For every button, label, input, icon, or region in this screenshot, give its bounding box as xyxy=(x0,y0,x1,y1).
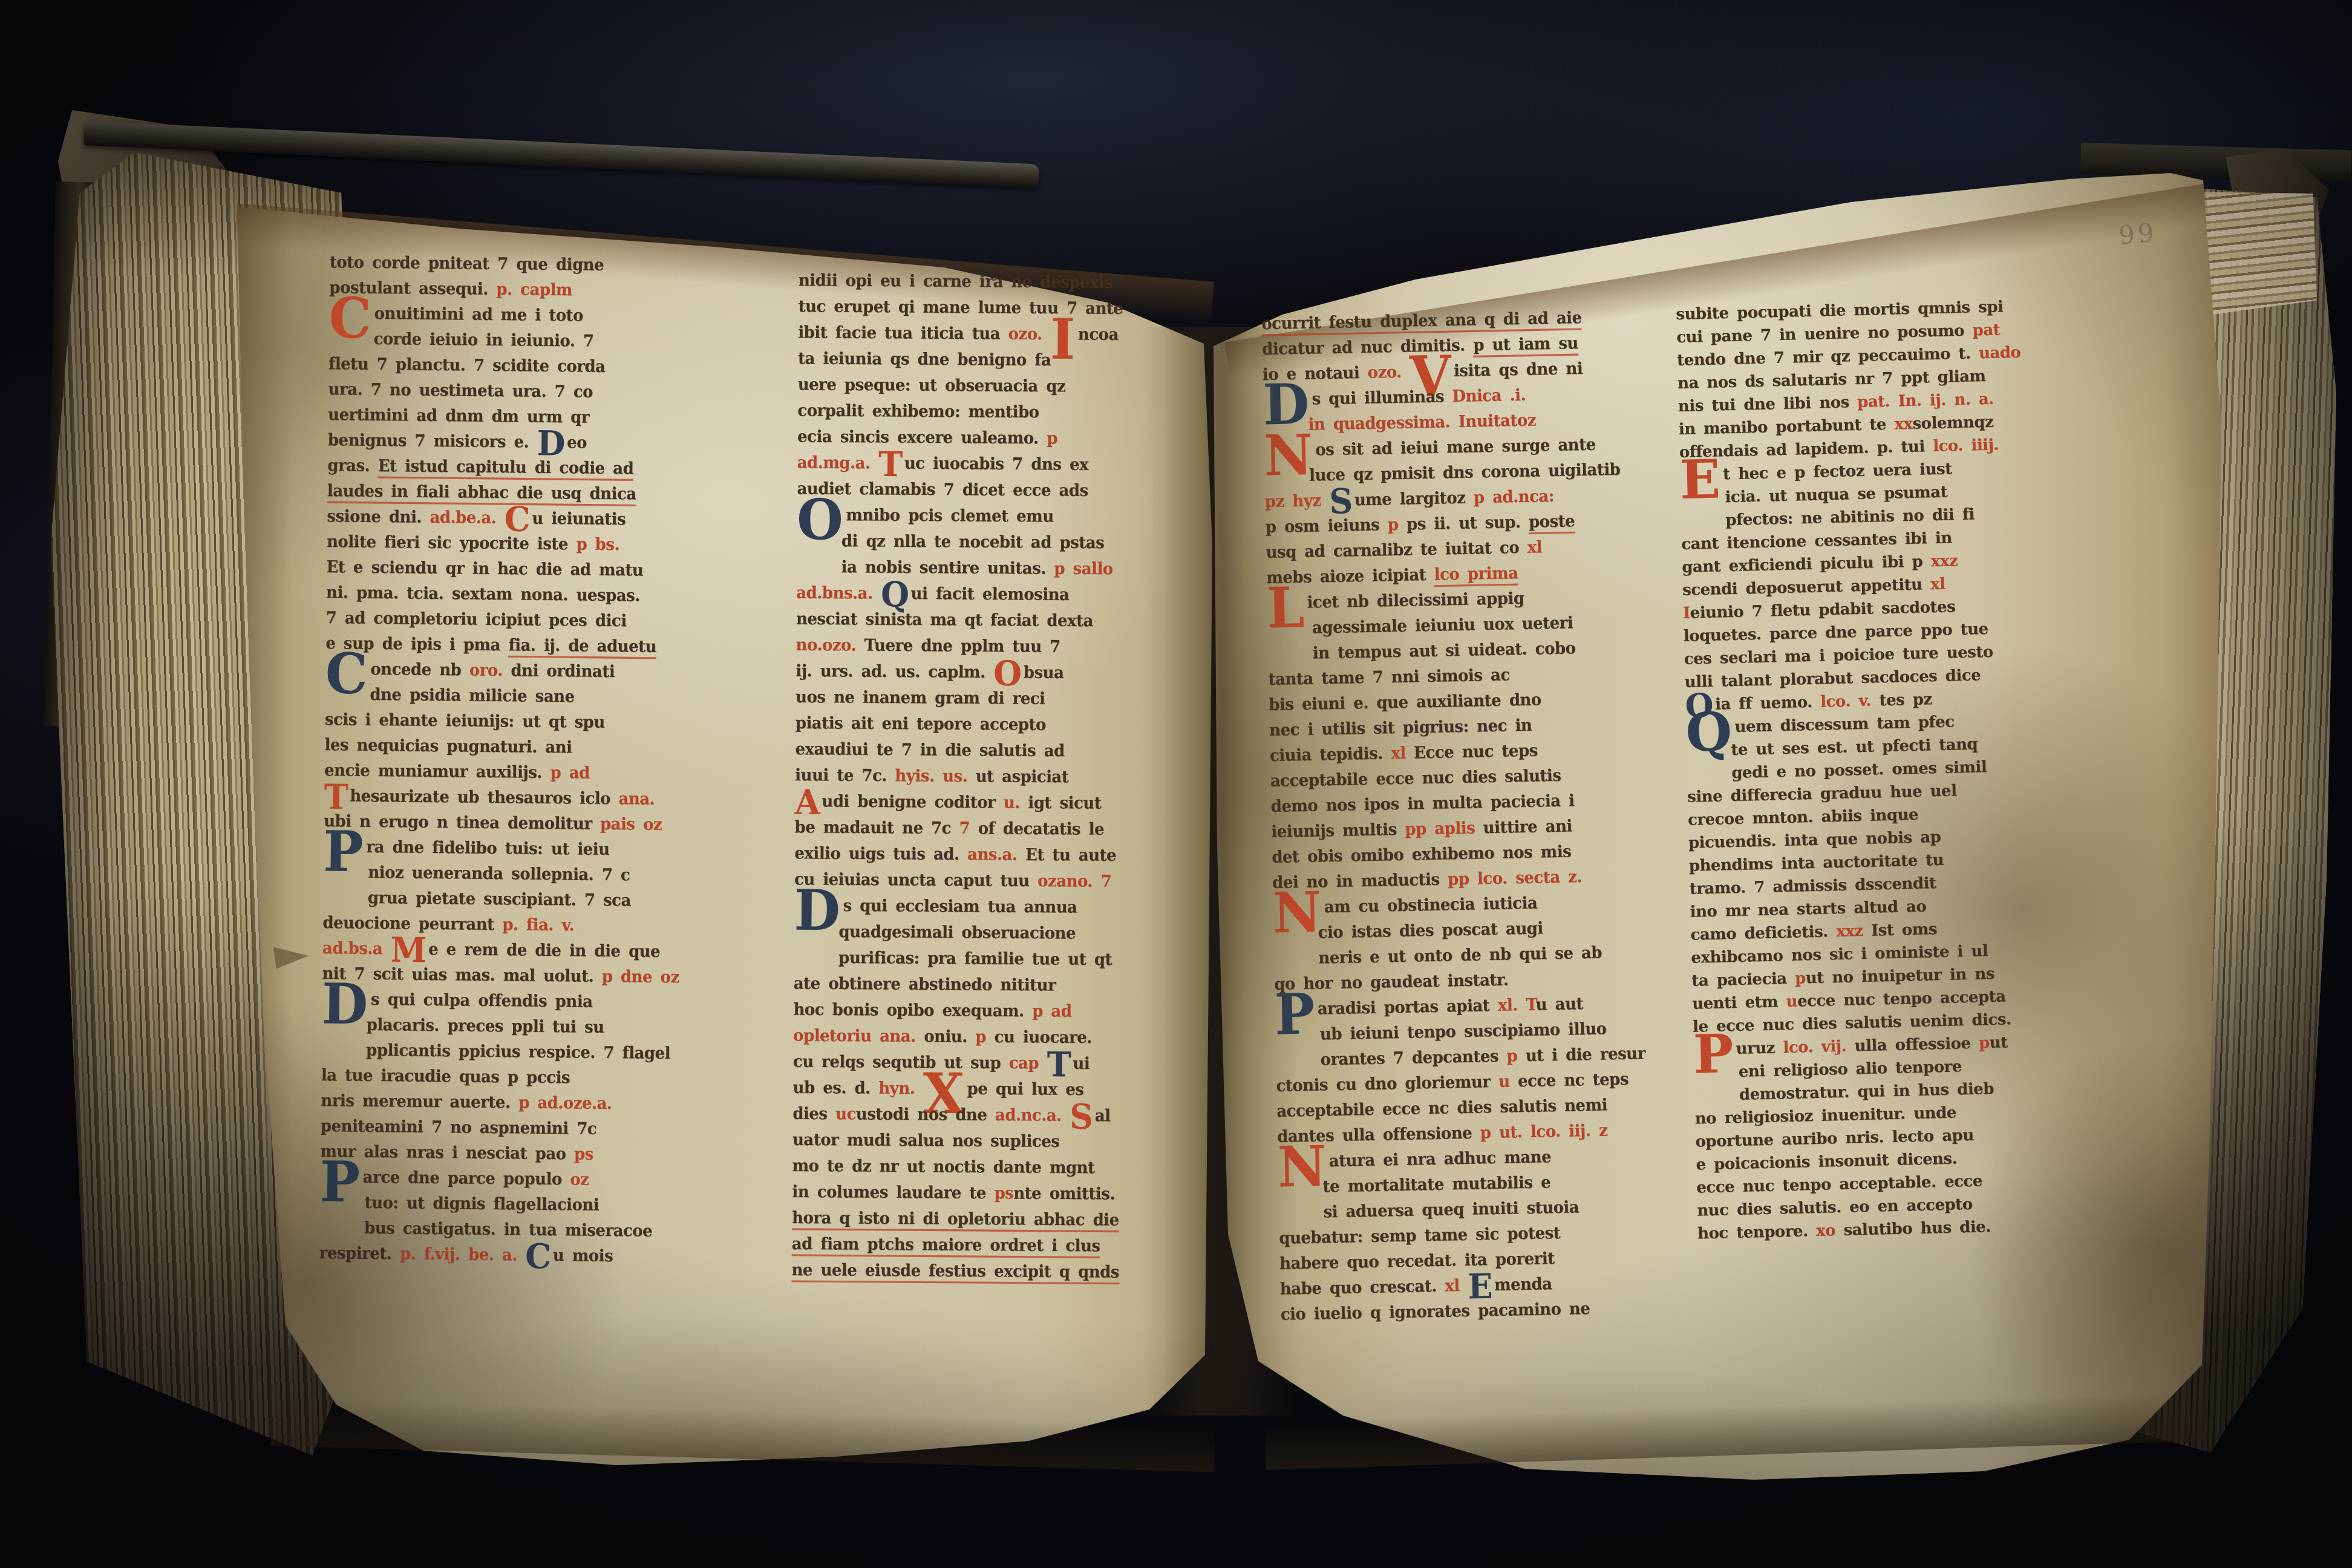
text-segment: pp lco. secta z. xyxy=(1448,867,1582,889)
manuscript-photo: toto corde pniteat 7 que dignepostulant … xyxy=(0,0,2352,1568)
text-segment: eo xyxy=(567,433,587,452)
text-segment: pp aplis xyxy=(1405,818,1483,839)
text-segment: cio istas dies poscat augi xyxy=(1318,919,1543,942)
text-segment: arce dne parce populo xyxy=(363,1168,570,1189)
text-line: uator mudi salua nos suplices xyxy=(792,1131,1216,1160)
text-segment: igt sicut xyxy=(1028,794,1101,813)
text-segment: s qui culpa offendis pnia xyxy=(371,990,593,1011)
text-segment: grua pietate suscipiant. 7 sca xyxy=(368,889,631,910)
text-segment: oro. xyxy=(469,661,511,680)
text-segment: pat. In. ij. n. a. xyxy=(1857,390,1994,411)
text-line: dies ucustodi nos dne ad.nc.a. Sal xyxy=(792,1105,1216,1134)
text-segment: p ad.nca: xyxy=(1474,487,1555,508)
illuminated-initial: C xyxy=(504,498,530,540)
text-segment: p. fia. v. xyxy=(502,915,574,935)
text-segment: u mois xyxy=(553,1246,613,1266)
text-segment xyxy=(325,699,370,700)
text-line: ia nobis sentire unitas. p sallo xyxy=(796,558,1220,587)
text-segment: gras. xyxy=(327,456,378,475)
text-segment: xo xyxy=(1816,1221,1844,1240)
text-segment: ncoa xyxy=(1078,325,1119,344)
text-segment: habe quo crescat. xyxy=(1280,1276,1445,1299)
text-segment: respiret. xyxy=(319,1244,400,1264)
text-segment: si aduersa queq inuiti stuoia xyxy=(1323,1198,1579,1222)
text-segment: fia. ij. de aduetu xyxy=(508,636,656,659)
text-line: tuc erupet qi mane lume tuu 7 ante xyxy=(798,297,1221,326)
text-segment: p ad.oze.a. xyxy=(518,1093,612,1113)
folio-number: 99 xyxy=(2117,217,2158,250)
text-segment: te mortalitate mutabilis e xyxy=(1322,1173,1550,1197)
text-segment: nte omittis. xyxy=(1013,1184,1115,1204)
text-segment: s qui ecclesiam tua annua xyxy=(843,897,1077,917)
text-segment: no.ozo. xyxy=(796,636,864,655)
text-segment: xl xyxy=(1445,1276,1468,1296)
text-segment xyxy=(1687,755,1731,756)
text-segment: u aut xyxy=(1535,995,1583,1014)
text-segment: ps xyxy=(574,1145,593,1164)
text-segment xyxy=(323,903,368,903)
text-line: respiret. p. f.vij. be. a. Cu mois xyxy=(319,1244,779,1274)
text-segment xyxy=(794,936,838,937)
text-segment: uere pseque: ut obseruacia qz xyxy=(798,375,1066,396)
text-line: ad fiam ptchs maiore ordret i clus xyxy=(792,1235,1215,1264)
text-segment: p sallo xyxy=(1054,560,1113,579)
text-segment: toto corde pniteat 7 que digne xyxy=(330,253,604,275)
text-line: in columes laudare te psnte omittis. xyxy=(792,1183,1215,1212)
text-segment: ustodi nos dne xyxy=(856,1105,995,1125)
text-segment: pais oz xyxy=(600,815,662,835)
text-segment: lco prima xyxy=(1434,564,1518,587)
text-segment: laudes in fiali abhac die usq dnica xyxy=(327,482,636,506)
text-segment: udi benigne coditor xyxy=(822,792,1004,812)
illuminated-initial: T xyxy=(1047,1044,1071,1085)
text-segment: la tue iracudie quas p pccis xyxy=(321,1066,570,1088)
text-segment: Et istud capitulu di codie ad xyxy=(378,457,634,481)
text-line: ta ieiunia qs dne benigno fa xyxy=(798,349,1221,378)
text-segment: xxz xyxy=(1930,552,1958,570)
text-segment: ui facit elemosina xyxy=(911,584,1070,604)
text-segment: ctonis cu dno gloriemur xyxy=(1276,1073,1498,1096)
text-segment: ne uele eiusde festius excipit q qnds xyxy=(791,1261,1119,1284)
text-segment xyxy=(1694,1100,1739,1101)
text-segment: exaudiui te 7 in die salutis ad xyxy=(795,740,1064,761)
text-segment: 7 xyxy=(959,819,978,838)
text-segment: ura. 7 no uestimeta ura. 7 co xyxy=(328,380,593,402)
text-segment: p. f.vij. be. a. xyxy=(400,1244,526,1265)
text-segment: tanta tame 7 nni simois ac xyxy=(1268,665,1510,689)
text-segment: ubi n erugo n tinea demolitur xyxy=(324,812,600,834)
text-segment: uruz xyxy=(1736,1039,1783,1058)
text-segment: pe qui lux es xyxy=(967,1080,1083,1100)
text-segment: Dnica .i. xyxy=(1452,386,1526,407)
text-segment xyxy=(797,546,841,547)
text-segment: camo deficietis. xyxy=(1690,923,1836,944)
text-segment: xl xyxy=(1930,575,1945,594)
text-line: exilio uigs tuis ad. ans.a. Et tu aute xyxy=(794,844,1218,873)
text-segment: in quadgessima. Inuitatoz xyxy=(1308,411,1536,434)
text-segment: pat xyxy=(1972,321,2000,339)
text-line: uos ne inanem gram di reci xyxy=(795,688,1219,717)
text-segment: les nequicias pugnaturi. ani xyxy=(324,736,572,757)
text-segment: p dne oz xyxy=(602,967,679,987)
text-segment: dies xyxy=(792,1105,835,1124)
text-segment: poste xyxy=(1529,512,1575,534)
text-column-left-2: nidii opi eu i carne ira ne despexistuc … xyxy=(791,271,1222,1290)
text-segment: Ist oms xyxy=(1871,920,1938,940)
text-segment: ad.nc.a. xyxy=(995,1106,1070,1125)
text-line: ate obtinere abstinedo nititur xyxy=(794,974,1217,1003)
text-segment xyxy=(322,1030,367,1030)
text-segment: e e rem de die in die que xyxy=(428,940,660,962)
text-segment: Et tu aute xyxy=(1025,846,1116,866)
text-segment: p ad xyxy=(1032,1002,1071,1021)
text-segment: Et e sciendu qr in hac die ad matu xyxy=(326,558,643,580)
text-segment xyxy=(1681,502,1725,503)
text-segment: xl. T xyxy=(1497,996,1536,1016)
text-segment: nioz ueneranda sollepnia. 7 c xyxy=(368,863,630,885)
text-segment: pz hyz xyxy=(1265,491,1330,512)
text-segment: hoc bonis opibo exequam. xyxy=(793,1000,1032,1021)
text-segment: hyis. us. xyxy=(895,766,975,786)
text-segment: ozano. 7 xyxy=(1037,872,1111,891)
text-segment: ps xyxy=(994,1184,1013,1203)
text-segment: dni ordinati xyxy=(511,661,615,681)
illuminated-initial: O xyxy=(993,653,1022,694)
text-segment: ad.bs.a xyxy=(322,939,391,959)
text-column-right-2: subite pocupati die mortis qmnis spicui … xyxy=(1676,295,2140,1248)
text-segment xyxy=(1687,778,1731,779)
text-segment: ut aspiciat xyxy=(976,767,1069,787)
text-segment: bus castigatus. in tua miseracoe xyxy=(364,1219,652,1241)
text-segment: hyn. xyxy=(878,1079,923,1099)
text-line: ibit facie tua iticia tua ozo. Incoa xyxy=(798,323,1221,352)
text-segment: nolite fieri sic ypocrite iste xyxy=(327,532,577,554)
text-segment: ui xyxy=(1073,1054,1089,1074)
text-segment: ozo. xyxy=(1367,362,1410,382)
text-segment: tuo: ut dignis flagellacioni xyxy=(364,1194,599,1215)
text-segment: hora q isto ni di opletoriu abhac die xyxy=(792,1209,1119,1232)
illuminated-initial: I xyxy=(1050,306,1075,372)
illuminated-initial: E xyxy=(1468,1266,1493,1307)
text-segment xyxy=(1273,938,1318,939)
text-segment xyxy=(1268,659,1313,659)
text-segment: mnibo pcis clemet emu xyxy=(846,506,1053,526)
text-segment: cu iuocare. xyxy=(994,1028,1092,1048)
text-segment: u xyxy=(1498,1072,1518,1091)
text-line: cu ieiuias uncta caput tuu ozano. 7 xyxy=(794,870,1218,899)
text-segment: purificas: pra familie tue ut qt xyxy=(838,949,1112,970)
text-segment: p xyxy=(975,1028,994,1047)
text-line: cu relqs sequtib ut sup cap Tui xyxy=(793,1052,1217,1081)
text-segment: ieiunijs multis xyxy=(1271,820,1405,842)
text-column-left-1: toto corde pniteat 7 que dignepostulant … xyxy=(319,253,789,1274)
text-segment xyxy=(328,344,373,344)
text-line: Omnibo pcis clemet emu xyxy=(797,505,1220,534)
text-segment: opletoriu ana. xyxy=(793,1026,924,1046)
text-segment: ut no inuipetur in ns xyxy=(1805,965,1994,987)
text-segment: ij. urs. ad. us. caplm. xyxy=(795,662,993,682)
text-segment: ta paciecia xyxy=(1691,970,1795,990)
text-segment: ana. xyxy=(618,789,655,809)
text-segment: s qui illuminas xyxy=(1312,387,1452,409)
text-line: quadgesimali obseruacione xyxy=(794,922,1217,951)
text-segment: u ieiunatis xyxy=(532,509,626,529)
text-segment xyxy=(1275,1040,1320,1040)
illuminated-initial: C xyxy=(525,1236,551,1277)
text-segment: xx xyxy=(1894,415,1913,434)
text-segment: p xyxy=(1979,1034,1990,1052)
text-line: ad.bns.a. Qui facit elemosina xyxy=(796,584,1220,613)
text-segment: ibit facie tua iticia tua xyxy=(798,323,1008,344)
text-segment: dne psidia milicie sane xyxy=(370,685,575,707)
text-segment: Tuere dne pplm tuu 7 xyxy=(864,636,1060,656)
text-segment xyxy=(1694,1077,1739,1078)
text-segment: nesciat sinista ma qt faciat dexta xyxy=(796,610,1093,631)
text-column-right-1: ocurrit festu duplex ana q di ad aiedica… xyxy=(1261,306,1731,1331)
text-segment: fletu 7 planctu. 7 scidite corda xyxy=(328,354,606,376)
illuminated-initial: M xyxy=(390,929,426,970)
text-segment: Ecce nuc teps xyxy=(1414,741,1538,762)
text-segment: xl xyxy=(1391,743,1414,763)
text-segment: piatis ait eni tepore accepto xyxy=(795,714,1046,734)
text-segment: ume largitoz xyxy=(1354,488,1474,509)
text-segment: uator mudi salua nos suplices xyxy=(792,1131,1060,1152)
text-segment: I xyxy=(1683,604,1690,622)
text-segment: p osm ieiuns xyxy=(1265,515,1388,537)
text-segment xyxy=(323,877,368,878)
text-segment: atura ei nra adhuc mane xyxy=(1329,1148,1552,1171)
text-segment: ia nobis sentire unitas. xyxy=(841,558,1054,578)
text-segment: quadgesimali obseruacione xyxy=(838,923,1076,943)
text-segment: ut xyxy=(1989,1033,2008,1052)
text-segment: oniu. xyxy=(924,1027,975,1047)
text-segment: am cu obstinecia iuticia xyxy=(1324,893,1537,916)
text-segment: xl xyxy=(1527,538,1542,557)
text-segment: ciuia tepidis. xyxy=(1270,744,1391,765)
text-segment: p ad xyxy=(550,763,590,783)
text-segment: ssione dni. xyxy=(327,507,430,527)
text-segment: menda xyxy=(1494,1275,1552,1295)
text-line: exaudiui te 7 in die salutis ad xyxy=(795,740,1218,769)
text-segment: lco. v. xyxy=(1820,691,1880,711)
text-segment: corde ieiuio in ieiunio. 7 xyxy=(373,330,593,351)
text-line: audiet clamabis 7 dicet ecce ads xyxy=(797,479,1220,508)
text-segment: salutibo hus die. xyxy=(1843,1218,1991,1240)
text-segment: p ut. lco. iij. z xyxy=(1480,1121,1607,1143)
text-line: ub es. d. hyn. Xpe qui lux es xyxy=(792,1079,1216,1108)
text-segment: ra dne fidelibo tuis: ut ieiu xyxy=(366,838,609,860)
text-segment: ecia sincis excere ualeamo. xyxy=(797,427,1047,448)
text-segment xyxy=(1681,525,1726,526)
text-line: nesciat sinista ma qt faciat dexta xyxy=(796,610,1220,639)
text-segment: ad fiam ptchs maiore ordret i clus xyxy=(792,1235,1100,1258)
text-line: ij. urs. ad. us. caplm. Obsua xyxy=(795,662,1219,691)
text-segment: nis tui dne libi nos xyxy=(1678,393,1858,416)
text-segment: placaris. preces ppli tui su xyxy=(366,1016,604,1037)
text-segment: of decatatis le xyxy=(978,819,1105,839)
text-segment xyxy=(319,1207,364,1208)
text-segment: u. xyxy=(1004,793,1028,812)
text-segment: pplicantis ppicius respice. 7 flagel xyxy=(366,1041,670,1063)
text-line: iuui te 7c. hyis. us. ut aspiciat xyxy=(795,766,1218,795)
text-line: piatis ait eni tepore accepto xyxy=(795,714,1219,743)
text-segment: onuitimini ad me i toto xyxy=(374,304,583,325)
illuminated-initial: T xyxy=(878,443,903,484)
text-segment: be madauit ne 7c xyxy=(794,818,959,838)
text-line: ne uele eiusde festius excipit q qnds xyxy=(791,1261,1215,1290)
text-segment: lco. vij. xyxy=(1783,1037,1855,1057)
text-segment: mo te dz nr ut noctis dante mgnt xyxy=(792,1157,1095,1178)
text-segment: p xyxy=(1047,429,1057,448)
text-line: Audi benigne coditor u. igt sicut xyxy=(795,792,1218,821)
text-segment: uittire ani xyxy=(1483,817,1572,837)
text-segment: benignus 7 misicors e. xyxy=(328,431,537,452)
text-segment: isita qs dne ni xyxy=(1454,359,1583,381)
text-segment: ulla offessioe xyxy=(1854,1034,1979,1056)
text-segment: ni. pma. tcia. sextam nona. uespas. xyxy=(326,583,640,606)
text-line: Ds qui ecclesiam tua annua xyxy=(794,896,1217,925)
illuminated-initial: D xyxy=(537,423,565,464)
text-segment: orantes 7 depcantes xyxy=(1320,1047,1506,1069)
text-segment: tes pz xyxy=(1879,690,1932,710)
text-line: hora q isto ni di opletoriu abhac die xyxy=(792,1209,1215,1238)
text-segment: ub es. d. xyxy=(792,1079,878,1098)
text-line: be madauit ne 7c 7 of decatatis le xyxy=(794,818,1218,847)
text-line: ecia sincis excere ualeamo. p xyxy=(797,427,1221,456)
text-segment: p. caplm xyxy=(496,280,572,300)
text-segment: p bs. xyxy=(576,535,619,554)
text-segment xyxy=(319,1233,364,1233)
text-segment: ans.a. xyxy=(967,845,1025,864)
text-segment xyxy=(321,1055,366,1056)
text-line: corpalit exhibemo: mentibo xyxy=(797,401,1221,430)
text-segment: ecce nc teps xyxy=(1518,1070,1629,1091)
text-segment: p xyxy=(1387,515,1406,534)
text-segment: peniteamini 7 no aspnemini 7c xyxy=(321,1117,597,1138)
text-segment: p ut iam su xyxy=(1473,334,1578,358)
text-segment: uado xyxy=(1979,344,2021,363)
text-segment: ad.mg.a. xyxy=(797,453,878,472)
illuminated-initial: S xyxy=(1070,1096,1093,1137)
text-segment: ps ii. ut sup. xyxy=(1406,513,1529,534)
text-line: di qz nlla te nocebit ad pstas xyxy=(797,531,1220,560)
text-segment xyxy=(1274,964,1319,964)
text-segment: 7 ad completoriu icipiut pces dici xyxy=(326,609,627,631)
text-segment: uc xyxy=(835,1105,856,1124)
text-segment: hesaurizate ub thesauros iclo xyxy=(350,786,619,808)
text-line: purificas: pra familie tue ut qt xyxy=(794,948,1217,977)
text-line: hoc bonis opibo exequam. p ad xyxy=(793,1000,1217,1029)
text-segment: exilio uigs tuis ad. xyxy=(794,844,967,864)
text-segment: al xyxy=(1095,1106,1111,1126)
text-segment: scis i ehante ieiunijs: ut qt spu xyxy=(325,710,605,732)
illuminated-initial: A xyxy=(795,782,820,822)
text-line: nidii opi eu i carne ira ne despexis xyxy=(799,271,1222,300)
text-segment: bsua xyxy=(1024,663,1064,682)
text-segment: nidii opi eu i carne ira ne despexis xyxy=(799,271,1113,292)
text-segment: hoc tenpore. xyxy=(1697,1222,1817,1243)
text-segment: oz xyxy=(570,1170,589,1189)
text-segment: uenti etm xyxy=(1692,993,1786,1013)
text-segment xyxy=(794,962,838,963)
text-segment: p xyxy=(1506,1047,1526,1066)
text-segment: u xyxy=(1786,993,1797,1011)
text-segment: aradisi portas apiat xyxy=(1317,996,1498,1019)
text-segment: ad.bns.a. xyxy=(796,584,881,603)
text-segment: ad.be.a. xyxy=(430,508,505,528)
text-line: mo te dz nr ut noctis dante mgnt xyxy=(792,1157,1215,1186)
text-segment: oncede nb xyxy=(370,660,469,680)
text-segment: uos ne inanem gram di reci xyxy=(795,688,1045,708)
text-segment: xxz xyxy=(1836,922,1872,941)
text-segment: cu relqs sequtib ut sup xyxy=(793,1052,1009,1073)
text-segment xyxy=(1264,481,1309,482)
text-line: ad.mg.a. Tuc iuocabis 7 dns ex xyxy=(797,453,1221,482)
text-segment: solemnqz xyxy=(1912,413,1993,433)
illuminated-initial: T xyxy=(324,776,348,817)
text-segment xyxy=(1279,1217,1324,1218)
text-segment xyxy=(1278,1192,1323,1192)
text-segment xyxy=(1267,633,1312,634)
text-segment: di qz nlla te nocebit ad pstas xyxy=(841,532,1105,553)
text-segment xyxy=(1276,1065,1321,1066)
illuminated-initial: Q xyxy=(881,574,909,615)
text-segment: encie muniamur auxilijs. xyxy=(324,761,550,782)
text-segment: ozo. xyxy=(1008,325,1050,344)
text-segment: p xyxy=(1795,969,1806,987)
text-segment: icet nb dilecissimi appig xyxy=(1307,589,1524,612)
text-segment: lco. iiij. xyxy=(1933,436,1999,456)
text-segment: ta ieiunia qs dne benigno fa xyxy=(798,349,1051,370)
text-segment: cap xyxy=(1009,1054,1047,1073)
text-line: uere pseque: ut obseruacia qz xyxy=(797,375,1221,404)
text-segment: ate obtinere abstinedo nititur xyxy=(794,974,1056,995)
text-segment: in columes laudare te xyxy=(792,1183,994,1203)
illuminated-initial: S xyxy=(1329,480,1353,521)
text-segment: ut i die resur xyxy=(1525,1044,1645,1065)
text-segment: uc iuocabis 7 dns ex xyxy=(904,454,1089,475)
text-segment xyxy=(797,572,841,573)
text-segment: corpalit exhibemo: mentibo xyxy=(797,401,1039,422)
text-line: opletoriu ana. oniu. p cu iuocare. xyxy=(793,1026,1217,1055)
text-segment: nris meremur auerte. xyxy=(321,1091,518,1112)
